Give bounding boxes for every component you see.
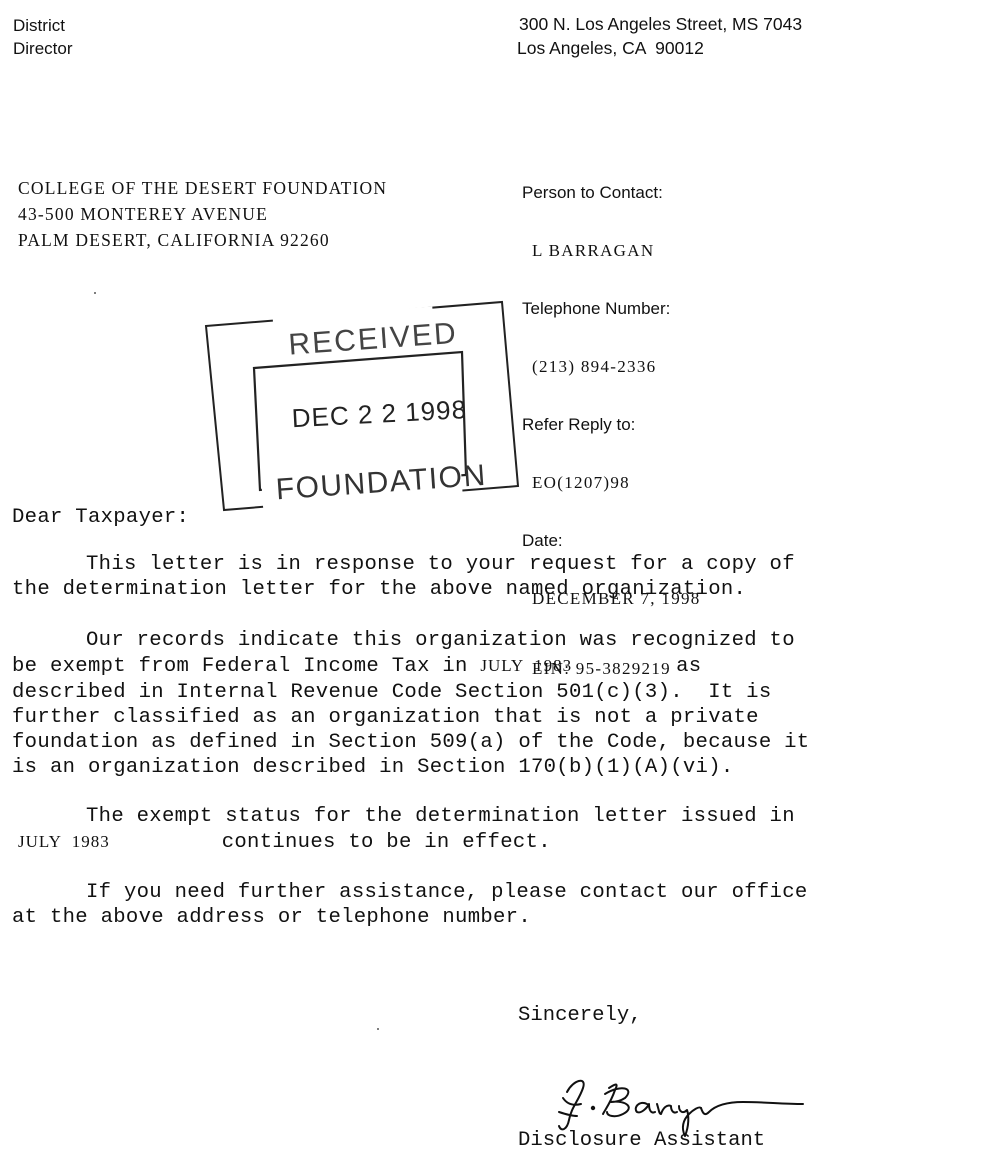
person-to-contact-label: Person to Contact: bbox=[522, 182, 701, 204]
recipient-address: COLLEGE OF THE DESERT FOUNDATION 43-500 … bbox=[18, 175, 387, 253]
text-line: be exempt from Federal Income Tax in bbox=[12, 655, 480, 678]
paragraph-records: Our records indicate this organization w… bbox=[12, 628, 809, 781]
sender-title: District Director bbox=[13, 14, 73, 60]
text-line: The exempt status for the determination … bbox=[12, 805, 795, 828]
text-line: continues to be in effect. bbox=[110, 831, 551, 854]
text-line: the determination letter for the above n… bbox=[12, 578, 746, 601]
text-line: Our records indicate this organization w… bbox=[12, 629, 795, 652]
text-line: further classified as an organization th… bbox=[12, 706, 759, 729]
signer-title: Disclosure Assistant bbox=[518, 1129, 765, 1152]
scan-speck bbox=[94, 292, 96, 294]
text-line: is an organization described in Section … bbox=[12, 756, 734, 779]
sender-title-line: District bbox=[13, 16, 65, 35]
text-line: This letter is in response to your reque… bbox=[12, 553, 795, 576]
recipient-line: PALM DESERT, CALIFORNIA 92260 bbox=[18, 230, 330, 250]
text-line: If you need further assistance, please c… bbox=[12, 881, 808, 904]
contact-block: Person to Contact: L BARRAGAN Telephone … bbox=[522, 146, 701, 698]
scan-speck bbox=[377, 1028, 379, 1030]
refer-reply-value: EO(1207)98 bbox=[522, 472, 701, 494]
stamp-frame: RECEIVED DEC 2 2 1998 FOUNDATION bbox=[204, 300, 522, 512]
closing: Sincerely, bbox=[518, 1004, 642, 1027]
text-line: as bbox=[572, 655, 701, 678]
text-line: at the above address or telephone number… bbox=[12, 906, 531, 929]
received-stamp: RECEIVED DEC 2 2 1998 FOUNDATION bbox=[196, 282, 514, 494]
date-label: Date: bbox=[522, 530, 701, 552]
telephone-value: (213) 894-2336 bbox=[522, 356, 701, 378]
salutation: Dear Taxpayer: bbox=[12, 506, 189, 529]
exempt-date: JULY 1983 bbox=[480, 656, 572, 675]
sender-address-line: Los Angeles, CA 90012 bbox=[517, 38, 704, 58]
sender-title-line: Director bbox=[13, 39, 73, 58]
text-line: described in Internal Revenue Code Secti… bbox=[12, 681, 772, 704]
sender-address: 300 N. Los Angeles Street, MS 7043 Los A… bbox=[519, 12, 802, 60]
issued-date: JULY 1983 bbox=[12, 832, 110, 851]
recipient-line: COLLEGE OF THE DESERT FOUNDATION bbox=[18, 178, 387, 198]
paragraph-assistance: If you need further assistance, please c… bbox=[12, 880, 808, 931]
sender-address-line: 300 N. Los Angeles Street, MS 7043 bbox=[519, 14, 802, 34]
stamp-date-text: DEC 2 2 1998 bbox=[291, 394, 468, 433]
signature bbox=[545, 1052, 805, 1122]
paragraph-request: This letter is in response to your reque… bbox=[12, 552, 795, 603]
telephone-label: Telephone Number: bbox=[522, 298, 701, 320]
refer-reply-label: Refer Reply to: bbox=[522, 414, 701, 436]
text-line: foundation as defined in Section 509(a) … bbox=[12, 731, 809, 754]
recipient-line: 43-500 MONTEREY AVENUE bbox=[18, 204, 268, 224]
paragraph-status: The exempt status for the determination … bbox=[12, 804, 795, 856]
person-to-contact-value: L BARRAGAN bbox=[522, 240, 701, 262]
